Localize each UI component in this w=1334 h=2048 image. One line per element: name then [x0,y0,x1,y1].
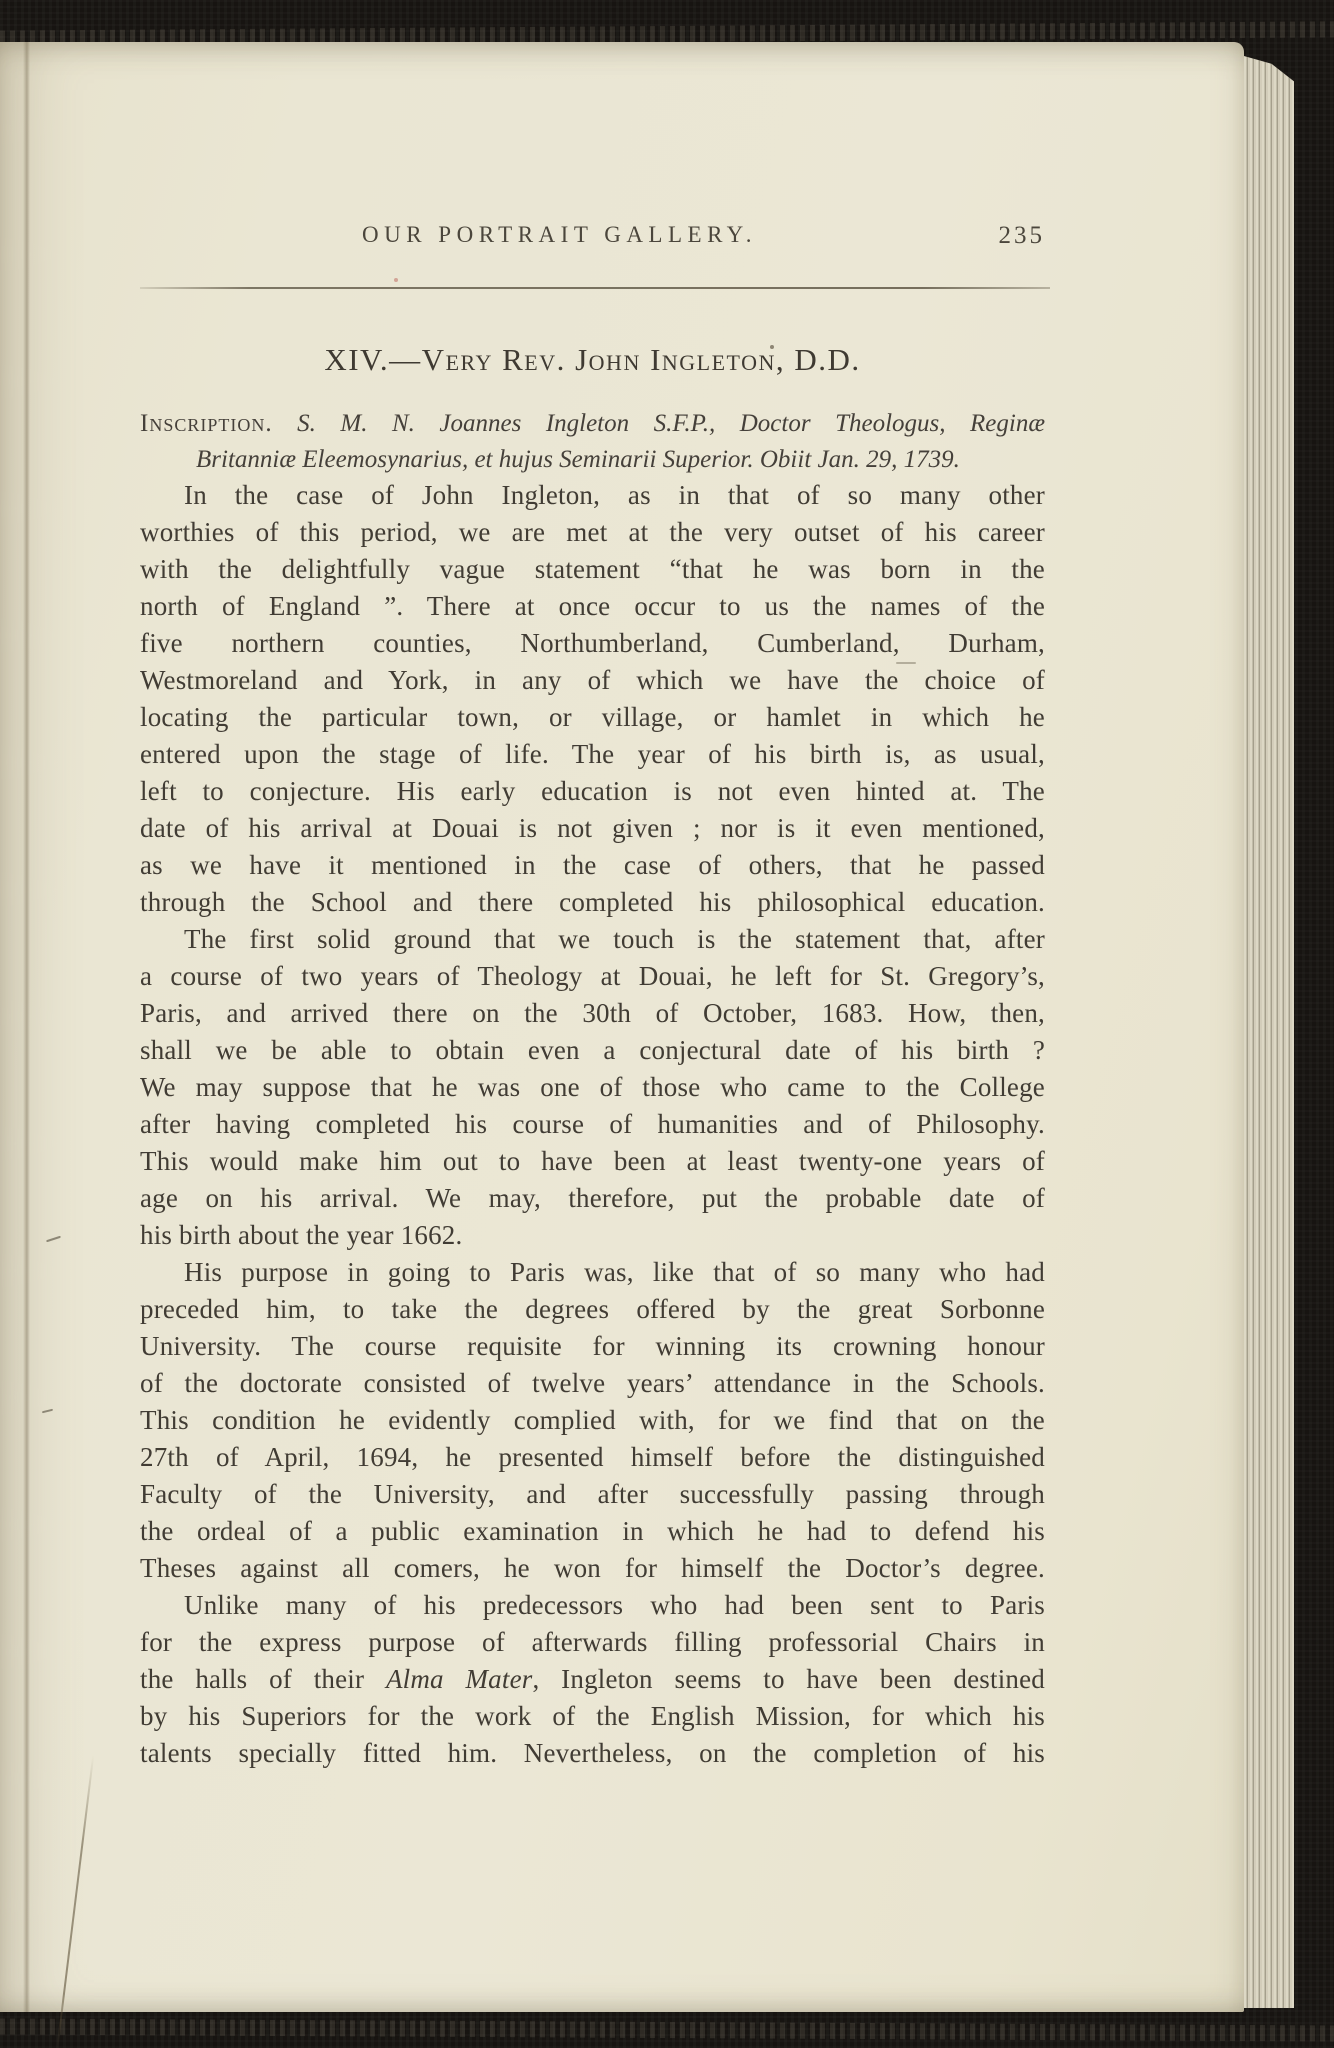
header-rule [140,287,1050,289]
inscription-line: Inscription. S. M. N. Joannes Ingleton S… [140,406,1045,442]
body-line: left to conjecture. His early education … [140,773,1045,810]
body-line-segment: , Ingleton seems to have been destined [532,1664,1045,1694]
italic-phrase: Alma Mater [386,1664,533,1694]
running-head: OUR PORTRAIT GALLERY. 235 [140,222,1045,256]
body-line: by his Superiors for the work of the Eng… [140,1698,1045,1735]
body-line: shall we be able to obtain even a conjec… [140,1032,1045,1069]
chapter-heading: XIV.—Very Rev. John Ingleton, D.D. [140,342,1045,378]
running-head-title: OUR PORTRAIT GALLERY. [362,222,757,248]
page-content: OUR PORTRAIT GALLERY. 235 XIV.—Very Rev.… [140,0,1045,2048]
body-line: for the express purpose of afterwards fi… [140,1624,1045,1661]
page-number: 235 [999,222,1046,250]
gutter-crease [23,42,30,2012]
body-line: This condition he evidently complied wit… [140,1402,1045,1439]
body-line: 27th of April, 1694, he presented himsel… [140,1439,1045,1476]
inscription-label: Inscription. [140,410,273,437]
body-line: Paris, and arrived there on the 30th of … [140,995,1045,1032]
scanned-book-photo: OUR PORTRAIT GALLERY. 235 XIV.—Very Rev.… [0,0,1334,2048]
body-line: age on his arrival. We may, therefore, p… [140,1180,1045,1217]
body-line: This would make him out to have been at … [140,1143,1045,1180]
page-blemish [42,1409,53,1414]
body-line: Unlike many of his predecessors who had … [140,1587,1045,1624]
body-line: through the School and there completed h… [140,884,1045,921]
page-blemish [46,1236,61,1243]
body-line: a course of two years of Theology at Dou… [140,958,1045,995]
body-line: locating the particular town, or village… [140,699,1045,736]
body-line: his birth about the year 1662. [140,1217,1045,1254]
body-line: The first solid ground that we touch is … [140,921,1045,958]
body-line: worthies of this period, we are met at t… [140,514,1045,551]
body-line: as we have it mentioned in the case of o… [140,847,1045,884]
body-line: five northern counties, Northumberland, … [140,625,1045,662]
body-line: His purpose in going to Paris was, like … [140,1254,1045,1291]
body-line: entered upon the stage of life. The year… [140,736,1045,773]
body-line: of the doctorate consisted of twelve yea… [140,1365,1045,1402]
body-text: In the case of John Ingleton, as in that… [140,477,1045,1772]
body-line: Theses against all comers, he won for hi… [140,1550,1045,1587]
body-line: In the case of John Ingleton, as in that… [140,477,1045,514]
body-line: with the delightfully vague statement “t… [140,551,1045,588]
body-line: preceded him, to take the degrees offere… [140,1291,1045,1328]
body-line: the ordeal of a public examination in wh… [140,1513,1045,1550]
body-line: talents specially fitted him. Neverthele… [140,1735,1045,1772]
body-line: north of England ”. There at once occur … [140,588,1045,625]
body-line-segment: the halls of their [140,1664,386,1694]
body-line: after having completed his course of hum… [140,1106,1045,1143]
body-line: University. The course requisite for win… [140,1328,1045,1365]
fore-edge-page-stack [1244,56,1294,2008]
body-line: Westmoreland and York, in any of which w… [140,662,1045,699]
body-line: date of his arrival at Douai is not give… [140,810,1045,847]
inscription-text: S. M. N. Joannes Ingleton S.F.P., Doctor… [297,410,1045,437]
body-line: We may suppose that he was one of those … [140,1069,1045,1106]
body-line: the halls of their Alma Mater, Ingleton … [140,1661,1045,1698]
page-crease-mark [56,1755,95,2048]
inscription-block: Inscription. S. M. N. Joannes Ingleton S… [140,406,1045,478]
body-line: Faculty of the University, and after suc… [140,1476,1045,1513]
inscription-line: Britanniæ Eleemosynarius, et hujus Semin… [140,442,1045,478]
